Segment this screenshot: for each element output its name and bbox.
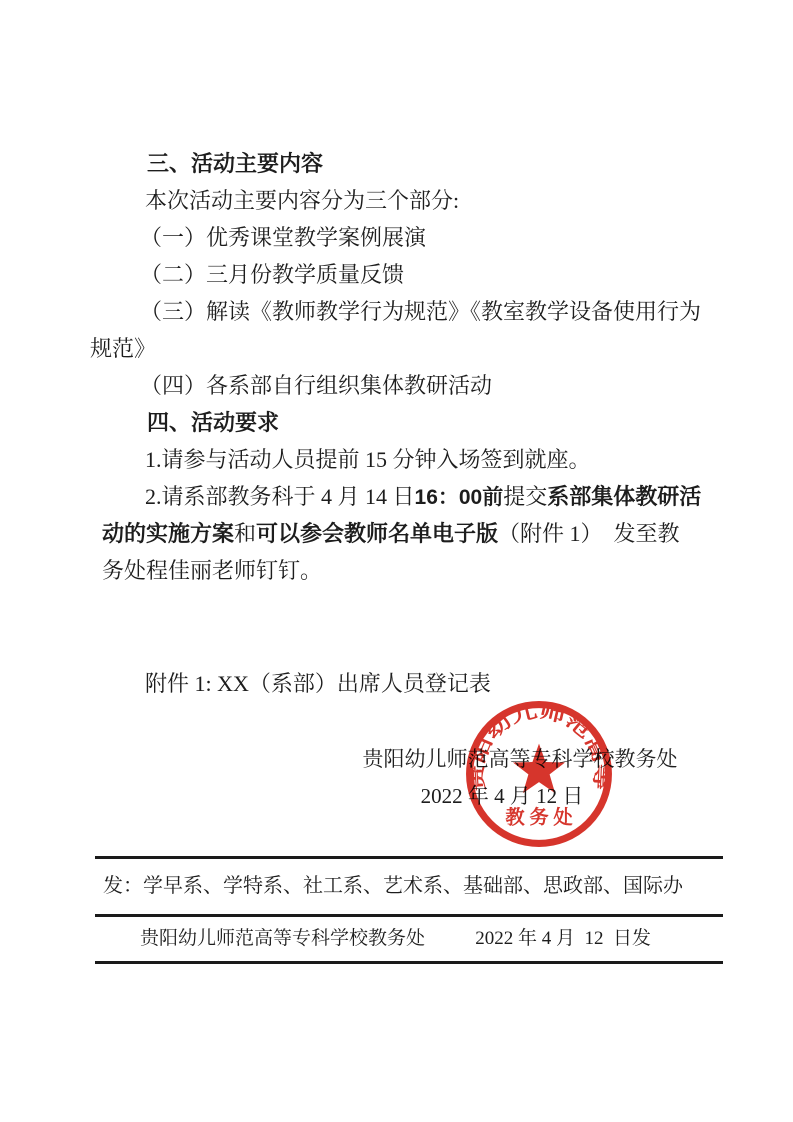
text-segment: （二）三月份教学质量反馈 xyxy=(140,262,404,287)
seal-star-icon xyxy=(513,744,565,793)
line-requirement-2-cont-2: 务处程佳丽老师钉钉。 xyxy=(90,552,730,589)
footer-issue-date: 2022 年 4 月 12 日发 xyxy=(475,917,651,961)
text-segment: （四）各系部自行组织集体教研活动 xyxy=(140,373,492,398)
text-segment: 可以参会教师名单电子版 xyxy=(256,521,498,546)
text-segment: 2.请系部教务科于 4 月 14 日 xyxy=(145,484,415,509)
line-item-3-cont: 规范》 xyxy=(90,330,730,367)
text-segment: 16：00前 xyxy=(415,486,504,509)
line-heading-section-4: 四、活动要求 xyxy=(90,404,730,441)
official-seal-stamp: 贵阳幼儿师范高等专科学校 教 务 处 xyxy=(463,698,615,850)
line-requirement-1: 1.请参与活动人员提前 15 分钟入场签到就座。 xyxy=(90,441,730,478)
text-segment: 动的实施方案 xyxy=(102,521,234,546)
line-intro: 本次活动主要内容分为三个部分: xyxy=(90,182,730,219)
footer-issuer: 贵阳幼儿师范高等专科学校教务处 xyxy=(140,917,425,961)
seal-bottom-text: 教 务 处 xyxy=(504,806,573,829)
text-segment: （三）解读《教师教学行为规范》《教室教学设备使用行为 xyxy=(140,299,701,324)
footer-rule-bottom xyxy=(95,961,723,964)
text-segment: （一）优秀课堂教学案例展演 xyxy=(140,225,426,250)
line-item-3: （三）解读《教师教学行为规范》《教室教学设备使用行为 xyxy=(90,293,730,330)
text-segment: 四、活动要求 xyxy=(147,410,279,435)
text-segment: 系部集体教研活 xyxy=(547,484,701,509)
document-footer: 发：学早系、学特系、社工系、艺术系、基础部、思政部、国际办 贵阳幼儿师范高等专科… xyxy=(95,856,723,964)
line-item-2: （二）三月份教学质量反馈 xyxy=(90,256,730,293)
line-item-1: （一）优秀课堂教学案例展演 xyxy=(90,219,730,256)
line-requirement-2: 2.请系部教务科于 4 月 14 日16：00前提交系部集体教研活 xyxy=(90,478,730,515)
text-segment: 规范》 xyxy=(90,336,156,361)
footer-issue-line: 贵阳幼儿师范高等专科学校教务处 2022 年 4 月 12 日发 xyxy=(95,917,723,961)
text-segment: 三、活动主要内容 xyxy=(147,151,323,176)
attachment-reference: 附件 1: XX（系部）出席人员登记表 xyxy=(90,665,491,702)
text-segment: 提交 xyxy=(503,484,547,509)
text-segment: （附件 1） 发至教 xyxy=(498,521,680,546)
line-requirement-2-cont-1: 动的实施方案和可以参会教师名单电子版（附件 1） 发至教 xyxy=(90,515,730,552)
line-item-4: （四）各系部自行组织集体教研活动 xyxy=(90,367,730,404)
text-segment: 本次活动主要内容分为三个部分: xyxy=(145,188,459,213)
text-segment: 1.请参与活动人员提前 15 分钟入场签到就座。 xyxy=(145,447,591,472)
document-body: 三、活动主要内容本次活动主要内容分为三个部分:（一）优秀课堂教学案例展演（二）三… xyxy=(90,145,730,589)
line-heading-section-3: 三、活动主要内容 xyxy=(90,145,730,182)
footer-cc-line: 发：学早系、学特系、社工系、艺术系、基础部、思政部、国际办 xyxy=(95,859,723,914)
document-page: 三、活动主要内容本次活动主要内容分为三个部分:（一）优秀课堂教学案例展演（二）三… xyxy=(0,0,793,1122)
text-segment: 和 xyxy=(234,521,256,546)
text-segment: 务处程佳丽老师钉钉。 xyxy=(102,558,322,583)
